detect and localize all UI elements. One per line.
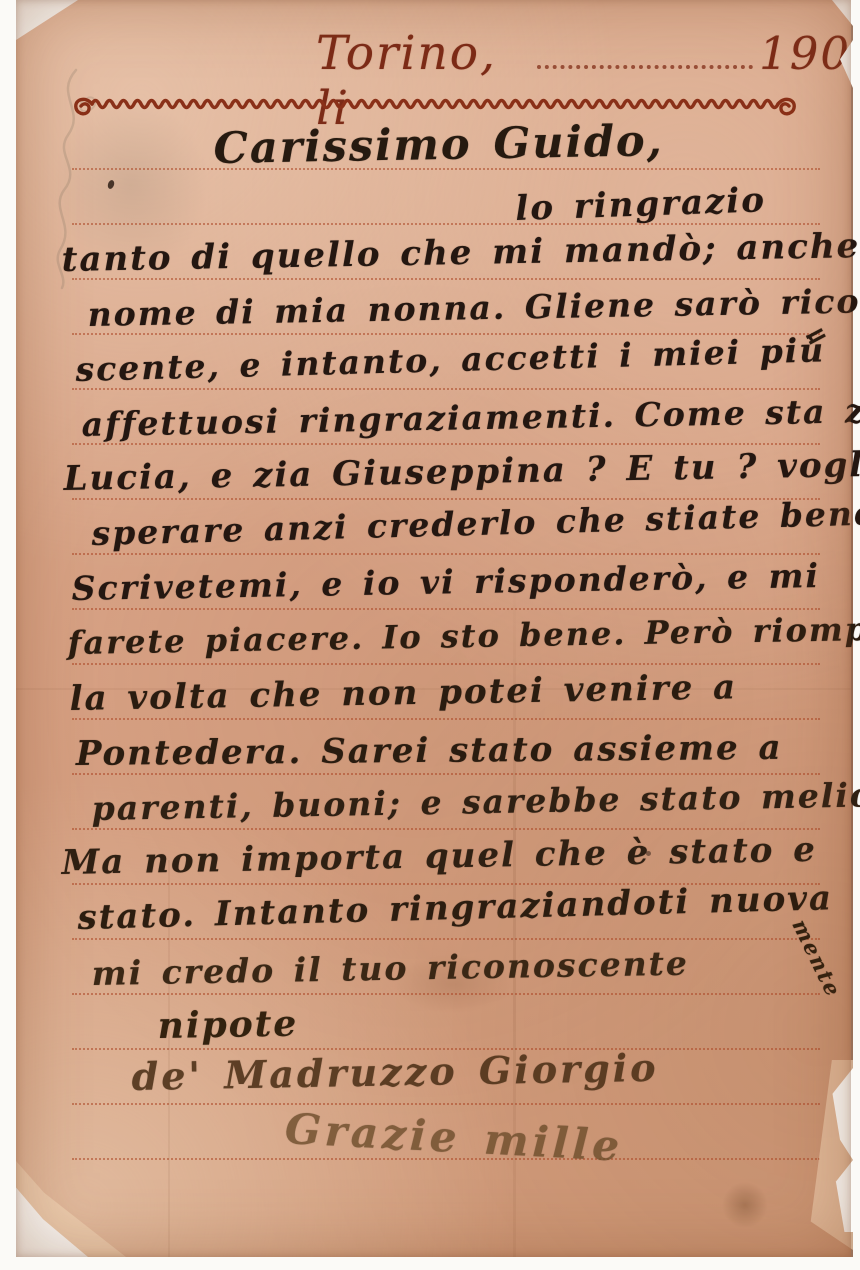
- handwritten-line: tanto di quello che mi mandò; anche a: [61, 228, 860, 277]
- handwritten-line: affettuosi ringraziamenti. Come sta zia: [81, 394, 860, 441]
- ruled-dotted-line: [72, 608, 820, 610]
- handwritten-line: parenti, buoni; e sarebbe stato melio.: [91, 778, 860, 825]
- ruled-dotted-line: [72, 773, 820, 775]
- overflow-word-mente: mente: [789, 916, 845, 1001]
- handwritten-line: Pontedera. Sarei stato assieme a: [76, 731, 783, 771]
- ruled-dotted-line: [72, 828, 820, 830]
- ruled-dotted-line: [72, 223, 820, 225]
- handwritten-line: stato. Intanto ringraziandoti nuova: [77, 881, 833, 935]
- cut-corner-top-left: [16, 0, 78, 40]
- signature: de' Madruzzo Giorgio: [131, 1049, 658, 1096]
- ruled-dotted-line: [72, 388, 820, 390]
- date-blank-dotted-line: [537, 59, 753, 69]
- ruled-dotted-line: [72, 1103, 820, 1105]
- postcard: Torino, li 190 Carissimo Guido, lo ringr…: [16, 0, 853, 1257]
- handwritten-line: Lucia, e zia Giuseppina ? E tu ? voglio: [63, 447, 860, 496]
- handwritten-line: Ma non importa quel che è stato e: [61, 833, 817, 880]
- handwritten-line: Scrivetemi, e io vi risponderò, e mi: [71, 559, 820, 605]
- torn-corner-bottom-left: [16, 1178, 166, 1257]
- ruled-dotted-line: [72, 993, 820, 995]
- edge-chip-right: [828, 1068, 853, 1160]
- ruled-dotted-line: [72, 718, 820, 720]
- ruled-dotted-line: [72, 278, 820, 280]
- handwritten-line: mi credo il tuo riconoscente: [91, 947, 689, 990]
- handwritten-line: sperare anzi crederlo che stiate bene,: [91, 496, 860, 550]
- scan-background: Torino, li 190 Carissimo Guido, lo ringr…: [0, 0, 860, 1270]
- cut-corner-top-right: [832, 0, 853, 26]
- printed-year-prefix: 190: [759, 27, 851, 80]
- brown-stain: [716, 1180, 774, 1230]
- handwritten-line: nome di mia nonna. Gliene sarò ricono: [87, 284, 860, 331]
- ruled-dotted-line: [72, 553, 820, 555]
- closing-nipote: nipote: [157, 1006, 298, 1044]
- handwritten-line: scente, e intanto, accetti i miei più: [75, 333, 826, 386]
- edge-chip-right: [834, 1160, 853, 1232]
- ruled-dotted-line: [72, 938, 820, 940]
- handwritten-line: la volta che non potei venire a: [69, 670, 737, 716]
- salutation: Carissimo Guido,: [213, 120, 664, 171]
- handwritten-line: lo ringrazio: [515, 183, 767, 226]
- ruled-dotted-line: [72, 663, 820, 665]
- worn-right-edge: [806, 1060, 853, 1250]
- handwritten-line: farete piacere. Io sto bene. Però riompi…: [67, 611, 860, 659]
- ruled-dotted-line: [72, 443, 820, 445]
